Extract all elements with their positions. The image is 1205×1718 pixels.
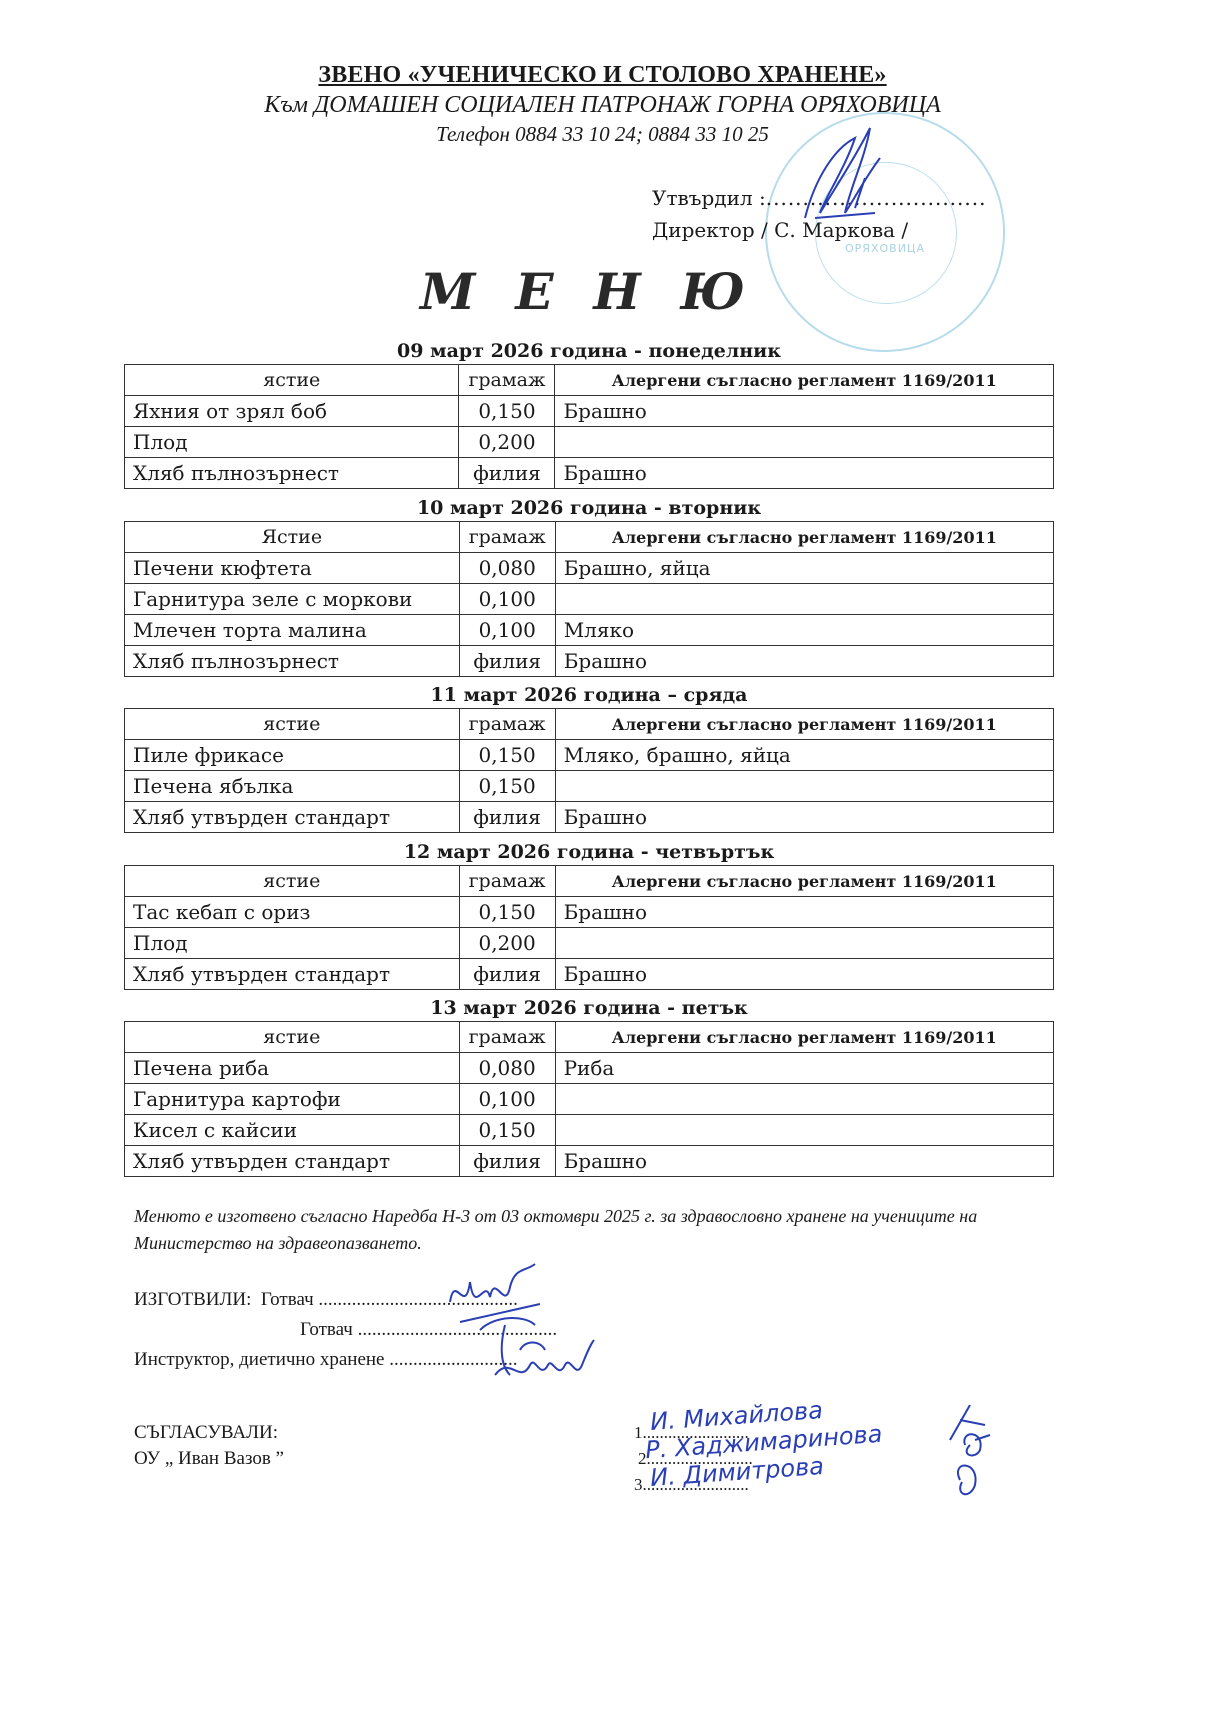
approved-label: Утвърдил : <box>652 186 766 210</box>
column-header-quantity: грамаж <box>459 1022 555 1053</box>
dish-name: Печени кюфтета <box>125 553 460 584</box>
dish-name: Хляб утвърден стандарт <box>125 802 460 833</box>
menu-table: ястиеграмажАлергени съгласно регламент 1… <box>124 364 1054 489</box>
prepared-instructor-row: Инструктор, диетично хранене ...........… <box>134 1345 557 1375</box>
dish-allergens: Брашно <box>555 458 1054 489</box>
line-number: 3 <box>634 1475 643 1494</box>
agreed-line-1: 1......................... <box>634 1420 753 1446</box>
dish-allergens: Брашно <box>555 1146 1053 1177</box>
dish-allergens: Риба <box>555 1053 1053 1084</box>
day-heading: 12 март 2026 година - четвъртък <box>124 837 1054 865</box>
column-header-allergens: Алергени съгласно регламент 1169/2011 <box>555 522 1053 553</box>
dish-quantity: филия <box>459 1146 555 1177</box>
dish-quantity: 0,100 <box>459 584 555 615</box>
dish-name: Гарнитура картофи <box>125 1084 460 1115</box>
prepared-by-block: ИЗГОТВИЛИ: Готвач ......................… <box>134 1285 557 1375</box>
dish-quantity: 0,150 <box>459 897 555 928</box>
dish-allergens: Мляко, брашно, яйца <box>555 740 1053 771</box>
column-header-quantity: грамаж <box>459 522 555 553</box>
column-header-dish: ястие <box>125 365 459 396</box>
dish-quantity: 0,150 <box>459 1115 555 1146</box>
dish-allergens <box>555 928 1053 959</box>
agreed-line-2: 2......................... <box>634 1446 753 1472</box>
organization-subtitle: Към ДОМАШЕН СОЦИАЛЕН ПАТРОНАЖ ГОРНА ОРЯХ… <box>0 92 1205 119</box>
column-header-allergens: Алергени съгласно регламент 1169/2011 <box>555 709 1053 740</box>
table-row: Плод0,200 <box>125 928 1054 959</box>
table-row: Хляб пълнозърнестфилияБрашно <box>125 458 1054 489</box>
dish-allergens <box>555 1115 1053 1146</box>
table-row: Яхния от зрял боб0,150Брашно <box>125 396 1054 427</box>
line-number: 1 <box>634 1423 643 1442</box>
dish-allergens: Мляко <box>555 615 1053 646</box>
table-row: Печени кюфтета0,080Брашно, яйца <box>125 553 1054 584</box>
dish-allergens: Брашно <box>555 959 1053 990</box>
column-header-allergens: Алергени съгласно регламент 1169/2011 <box>555 1022 1053 1053</box>
day-section: 10 март 2026 година - вторникЯстиеграмаж… <box>124 493 1054 677</box>
table-row: Хляб утвърден стандартфилияБрашно <box>125 959 1054 990</box>
day-section: 12 март 2026 година - четвъртъкястиеграм… <box>124 837 1054 990</box>
column-header-dish: ястие <box>125 1022 460 1053</box>
dish-allergens: Брашно, яйца <box>555 553 1053 584</box>
day-section: 13 март 2026 година - петъкястиеграмажАл… <box>124 993 1054 1177</box>
dish-quantity: филия <box>459 802 555 833</box>
prepared-cook1-row: ИЗГОТВИЛИ: Готвач ......................… <box>134 1285 557 1315</box>
dish-name: Печена ябълка <box>125 771 460 802</box>
table-row: Хляб пълнозърнестфилияБрашно <box>125 646 1054 677</box>
dish-quantity: 0,100 <box>459 1084 555 1115</box>
day-heading: 09 март 2026 година - понеделник <box>124 336 1054 364</box>
column-header-quantity: грамаж <box>459 365 555 396</box>
line-dots: ......................... <box>643 1423 749 1442</box>
dish-name: Хляб утвърден стандарт <box>125 1146 460 1177</box>
dish-allergens <box>555 427 1054 458</box>
menu-table: ястиеграмажАлергени съгласно регламент 1… <box>124 1021 1054 1177</box>
table-row: Млечен торта малина0,100Мляко <box>125 615 1054 646</box>
table-row: Кисел с кайсии0,150 <box>125 1115 1054 1146</box>
table-row: Тас кебап с ориз0,150Брашно <box>125 897 1054 928</box>
dish-allergens <box>555 1084 1053 1115</box>
table-header-row: ястиеграмажАлергени съгласно регламент 1… <box>125 365 1054 396</box>
table-header-row: ястиеграмажАлергени съгласно регламент 1… <box>125 866 1054 897</box>
day-section: 09 март 2026 година - понеделникястиегра… <box>124 336 1054 489</box>
table-row: Хляб утвърден стандартфилияБрашно <box>125 802 1054 833</box>
dish-allergens <box>555 771 1053 802</box>
dish-allergens <box>555 584 1053 615</box>
agreed-line-3: 3......................... <box>634 1472 753 1498</box>
line-dots: ......................... <box>647 1449 753 1468</box>
dish-allergens: Брашно <box>555 897 1053 928</box>
dish-quantity: 0,200 <box>459 427 555 458</box>
dish-name: Кисел с кайсии <box>125 1115 460 1146</box>
agreed-signature-lines: 1......................... 2............… <box>634 1420 753 1498</box>
dish-name: Млечен торта малина <box>125 615 460 646</box>
prepared-cook2-row: Готвач .................................… <box>134 1315 557 1345</box>
dish-name: Плод <box>125 928 460 959</box>
dish-quantity: филия <box>459 959 555 990</box>
dish-quantity: 0,080 <box>459 553 555 584</box>
line-dots: ......................... <box>643 1475 749 1494</box>
regulation-note: Менюто е изготвено съгласно Наредба Н-3 … <box>134 1203 1094 1257</box>
table-header-row: ястиеграмажАлергени съгласно регламент 1… <box>125 709 1054 740</box>
dish-allergens: Брашно <box>555 802 1053 833</box>
prepared-label: ИЗГОТВИЛИ: <box>134 1289 251 1310</box>
column-header-dish: Ястие <box>125 522 460 553</box>
dish-name: Хляб пълнозърнест <box>125 458 459 489</box>
dish-allergens: Брашно <box>555 646 1053 677</box>
cook2-line: Готвач .................................… <box>300 1319 557 1340</box>
dish-name: Плод <box>125 427 459 458</box>
agreed-initials <box>890 1400 1000 1510</box>
approved-dots: .............................. <box>766 186 987 210</box>
day-heading: 13 март 2026 година - петък <box>124 993 1054 1021</box>
dish-name: Пиле фрикасе <box>125 740 460 771</box>
dish-name: Хляб утвърден стандарт <box>125 959 460 990</box>
dish-name: Хляб пълнозърнест <box>125 646 460 677</box>
table-header-row: ЯстиеграмажАлергени съгласно регламент 1… <box>125 522 1054 553</box>
approval-block: Утвърдил :..............................… <box>652 182 986 246</box>
dish-quantity: 0,150 <box>459 396 555 427</box>
day-section: 11 март 2026 година – срядаястиеграмажАл… <box>124 680 1054 833</box>
table-row: Печена ябълка0,150 <box>125 771 1054 802</box>
menu-document: ЗВЕНО «УЧЕНИЧЕСКО И СТОЛОВО ХРАНЕНЕ» Към… <box>0 0 1205 1718</box>
director-line: Директор / С. Маркова / <box>652 214 986 246</box>
menu-table: ястиеграмажАлергени съгласно регламент 1… <box>124 708 1054 833</box>
dish-name: Печена риба <box>125 1053 460 1084</box>
organization-name: ЗВЕНО «УЧЕНИЧЕСКО И СТОЛОВО ХРАНЕНЕ» <box>0 62 1205 89</box>
column-header-dish: ястие <box>125 866 460 897</box>
column-header-dish: ястие <box>125 709 460 740</box>
school-name: ОУ „ Иван Вазов ” <box>134 1446 284 1472</box>
column-header-allergens: Алергени съгласно регламент 1169/2011 <box>555 866 1053 897</box>
dish-quantity: филия <box>459 646 555 677</box>
approved-line: Утвърдил :.............................. <box>652 182 986 214</box>
table-row: Гарнитура картофи0,100 <box>125 1084 1054 1115</box>
dish-quantity: 0,200 <box>459 928 555 959</box>
menu-table: ЯстиеграмажАлергени съгласно регламент 1… <box>124 521 1054 677</box>
dish-quantity: 0,080 <box>459 1053 555 1084</box>
dish-name: Тас кебап с ориз <box>125 897 460 928</box>
column-header-quantity: грамаж <box>459 866 555 897</box>
dish-quantity: филия <box>459 458 555 489</box>
menu-table: ястиеграмажАлергени съгласно регламент 1… <box>124 865 1054 990</box>
cook1-line: Готвач .................................… <box>261 1289 518 1310</box>
agreed-block: СЪГЛАСУВАЛИ: ОУ „ Иван Вазов ” <box>134 1420 284 1472</box>
agreed-label: СЪГЛАСУВАЛИ: <box>134 1420 284 1446</box>
dish-quantity: 0,150 <box>459 740 555 771</box>
line-number: 2 <box>638 1449 647 1468</box>
dish-allergens: Брашно <box>555 396 1054 427</box>
dish-quantity: 0,100 <box>459 615 555 646</box>
column-header-quantity: грамаж <box>459 709 555 740</box>
table-header-row: ястиеграмажАлергени съгласно регламент 1… <box>125 1022 1054 1053</box>
phone-numbers: Телефон 0884 33 10 24; 0884 33 10 25 <box>0 122 1205 147</box>
menu-title: МЕНЮ <box>0 262 1205 321</box>
table-row: Плод0,200 <box>125 427 1054 458</box>
table-row: Хляб утвърден стандартфилияБрашно <box>125 1146 1054 1177</box>
table-row: Гарнитура зеле с моркови0,100 <box>125 584 1054 615</box>
table-row: Печена риба0,080Риба <box>125 1053 1054 1084</box>
dish-quantity: 0,150 <box>459 771 555 802</box>
dish-name: Гарнитура зеле с моркови <box>125 584 460 615</box>
day-heading: 11 март 2026 година – сряда <box>124 680 1054 708</box>
day-heading: 10 март 2026 година - вторник <box>124 493 1054 521</box>
column-header-allergens: Алергени съгласно регламент 1169/2011 <box>555 365 1054 396</box>
table-row: Пиле фрикасе0,150Мляко, брашно, яйца <box>125 740 1054 771</box>
instructor-line: Инструктор, диетично хранене ...........… <box>134 1349 518 1370</box>
dish-name: Яхния от зрял боб <box>125 396 459 427</box>
